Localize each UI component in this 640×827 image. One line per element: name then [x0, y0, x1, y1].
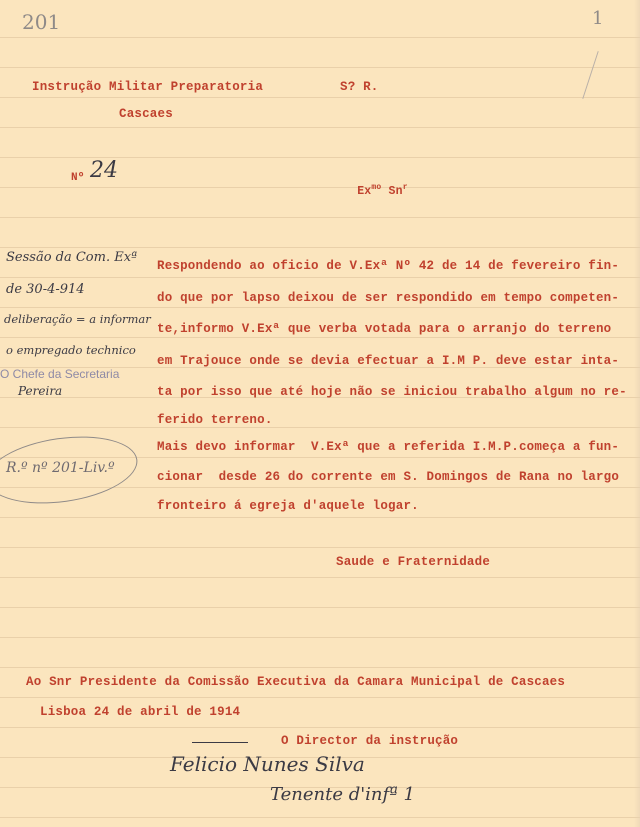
registry-note: R.º nº 201-Liv.º — [6, 460, 115, 476]
addressee: Ao Snr Presidente da Comissão Executiva … — [26, 675, 565, 689]
body-line: cionar desde 26 do corrente em S. Doming… — [157, 470, 619, 484]
page-edge — [634, 0, 640, 827]
page-number: 1 — [592, 8, 603, 29]
signatory-title: O Director da instrução — [281, 734, 458, 748]
closing-phrase: Saude e Fraternidade — [336, 555, 490, 569]
salutation-superscript-2: r — [403, 183, 408, 192]
margin-note-date: de 30-4-914 — [6, 282, 85, 297]
body-line: ferido terreno. — [157, 413, 273, 427]
body-line: ta por isso que até hoje não se iniciou … — [157, 385, 627, 399]
place-and-date: Lisboa 24 de abril de 1914 — [40, 705, 240, 719]
margin-note-session: Sessão da Com. Exª — [6, 250, 137, 265]
archive-number: 201 — [22, 10, 60, 34]
signature-rank: Tenente d'infª 1 — [270, 784, 415, 805]
secretary-stamp: O Chefe da Secretaria — [0, 367, 119, 381]
secretary-signature: Pereira — [18, 384, 62, 398]
salutation-superscript: mo — [371, 183, 381, 192]
salutation-text: Ex — [357, 185, 371, 198]
body-line: Mais devo informar V.Exª que a referida … — [157, 440, 619, 454]
institution-location: Cascaes — [119, 107, 173, 121]
body-line: fronteiro á egreja d'aquele logar. — [157, 499, 419, 513]
salutation: Exmo Snr — [343, 170, 408, 198]
signature-name: Felicio Nunes Silva — [170, 752, 365, 776]
body-line: em Trajouce onde se devia efectuar a I.M… — [157, 354, 619, 368]
body-line: Respondendo ao oficio de V.Exª Nº 42 de … — [157, 259, 619, 273]
institution-name: Instrução Militar Preparatoria — [32, 80, 263, 94]
document-number-value: 24 — [90, 158, 118, 183]
section-reference: S? R. — [340, 80, 379, 94]
body-line: do que por lapso deixou de ser respondid… — [157, 291, 619, 305]
document-number-label: Nº — [71, 172, 85, 184]
margin-note-technician: o empregado technico — [6, 343, 136, 357]
margin-note-deliberation: deliberação = a informar — [4, 312, 151, 326]
document-page — [0, 0, 640, 827]
body-line: te,informo V.Exª que verba votada para o… — [157, 322, 611, 336]
salutation-text-2: Sn — [381, 185, 402, 198]
signature-flourish — [192, 742, 248, 743]
